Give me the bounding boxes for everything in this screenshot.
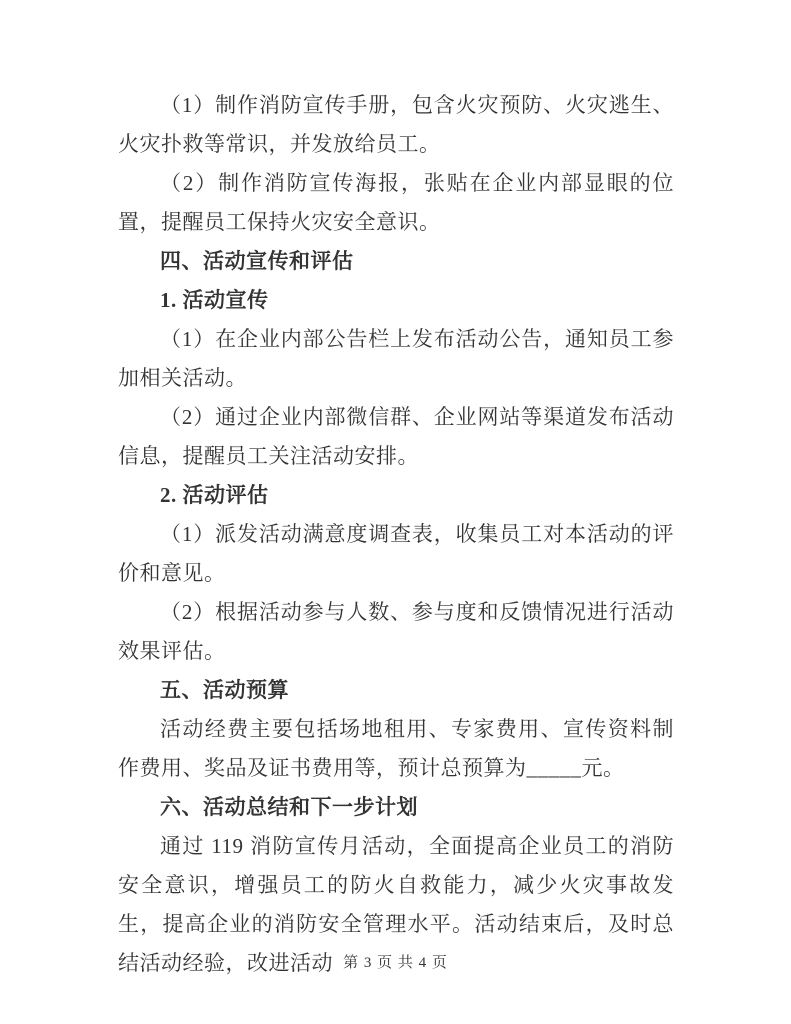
document-body: （1）制作消防宣传手册，包含火灾预防、火灾逃生、火灾扑救等常识，并发放给员工。（… (118, 86, 674, 983)
section-heading: 2. 活动评估 (118, 476, 674, 515)
body-paragraph: （2）根据活动参与人数、参与度和反馈情况进行活动效果评估。 (118, 593, 674, 671)
body-paragraph: （1）制作消防宣传手册，包含火灾预防、火灾逃生、火灾扑救等常识，并发放给员工。 (118, 86, 674, 164)
body-paragraph: 活动经费主要包括场地租用、专家费用、宣传资料制作费用、奖品及证书费用等，预计总预… (118, 710, 674, 788)
page-number-label: 第 3 页 共 4 页 (343, 955, 448, 971)
section-heading: 四、活动宣传和评估 (118, 242, 674, 281)
body-paragraph: （2）制作消防宣传海报，张贴在企业内部显眼的位置，提醒员工保持火灾安全意识。 (118, 164, 674, 242)
section-heading: 六、活动总结和下一步计划 (118, 788, 674, 827)
section-heading: 五、活动预算 (118, 671, 674, 710)
document-page: （1）制作消防宣传手册，包含火灾预防、火灾逃生、火灾扑救等常识，并发放给员工。（… (0, 0, 791, 1024)
body-paragraph: （1）在企业内部公告栏上发布活动公告，通知员工参加相关活动。 (118, 320, 674, 398)
body-paragraph: （2）通过企业内部微信群、企业网站等渠道发布活动信息，提醒员工关注活动安排。 (118, 398, 674, 476)
section-heading: 1. 活动宣传 (118, 281, 674, 320)
page-footer: 第 3 页 共 4 页 (0, 954, 791, 972)
body-paragraph: （1）派发活动满意度调查表，收集员工对本活动的评价和意见。 (118, 515, 674, 593)
